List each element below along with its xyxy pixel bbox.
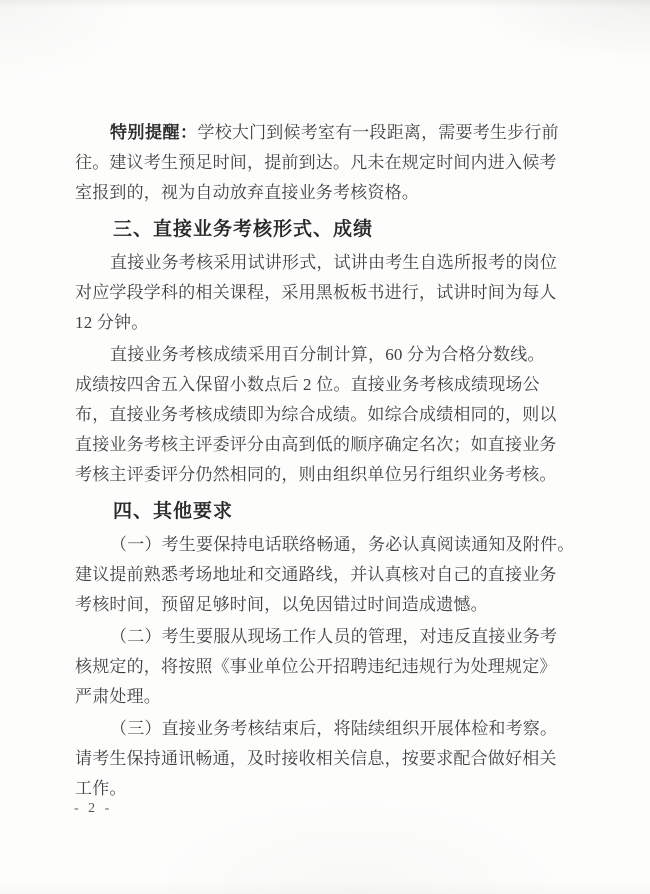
- text-line: 直接业务考核主评委评分由高到低的顺序确定名次；如直接业务: [75, 430, 553, 460]
- text-line: 请考生保持通讯畅通，及时接收相关信息，按要求配合做好相关: [75, 744, 553, 774]
- text-line: 直接业务考核采用试讲形式，试讲由考生自选所报考的岗位: [75, 248, 553, 278]
- text-line: 考核主评委评分仍然相同的，则由组织单位另行组织业务考核。: [75, 460, 553, 490]
- text-line: 成绩按四舍五入保留小数点后 2 位。直接业务考核成绩现场公: [75, 370, 553, 400]
- text-line: 室报到的，视为自动放弃直接业务考核资格。: [75, 178, 553, 208]
- score-rules-paragraph: 直接业务考核成绩采用百分制计算，60 分为合格分数线。 成绩按四舍五入保留小数点…: [75, 340, 553, 490]
- text-line: （三）直接业务考核结束后，将陆续组织开展体检和考察。: [75, 714, 553, 744]
- text-line: 考核时间，预留足够时间，以免因错过时间造成遗憾。: [75, 590, 553, 620]
- section-3-heading: 三、直接业务考核形式、成绩: [75, 215, 553, 245]
- text-line: 工作。: [75, 774, 553, 804]
- text-line: 对应学段学科的相关课程，采用黑板板书进行，试讲时间为每人: [75, 278, 553, 308]
- text-segment: 学校大门到候考室有一段距离，需要考生步行前: [198, 123, 559, 142]
- other-requirements-item-1: （一）考生要保持电话联络畅通，务必认真阅读通知及附件。 建议提前熟悉考场地址和交…: [75, 530, 553, 620]
- special-notice-paragraph: 特别提醒：学校大门到候考室有一段距离，需要考生步行前 往。建议考生预足时间，提前…: [75, 118, 553, 208]
- section-4-heading: 四、其他要求: [75, 497, 553, 527]
- text-line: 核规定的，将按照《事业单位公开招聘违纪违规行为处理规定》: [75, 652, 553, 682]
- text-line: 布，直接业务考核成绩即为综合成绩。如综合成绩相同的，则以: [75, 400, 553, 430]
- page-number: - 2 -: [74, 800, 112, 818]
- text-line: （二）考生要服从现场工作人员的管理，对违反直接业务考: [75, 622, 553, 652]
- special-notice-label: 特别提醒：: [110, 123, 198, 142]
- text-line: 建议提前熟悉考场地址和交通路线，并认真核对自己的直接业务: [75, 560, 553, 590]
- text-line: 直接业务考核成绩采用百分制计算，60 分为合格分数线。: [75, 340, 553, 370]
- other-requirements-item-3: （三）直接业务考核结束后，将陆续组织开展体检和考察。 请考生保持通讯畅通，及时接…: [75, 714, 553, 804]
- document-body: 特别提醒：学校大门到候考室有一段距离，需要考生步行前 往。建议考生预足时间，提前…: [75, 118, 553, 806]
- scanned-document-page: 特别提醒：学校大门到候考室有一段距离，需要考生步行前 往。建议考生预足时间，提前…: [0, 0, 650, 894]
- text-line: 特别提醒：学校大门到候考室有一段距离，需要考生步行前: [75, 118, 553, 148]
- assessment-format-paragraph: 直接业务考核采用试讲形式，试讲由考生自选所报考的岗位 对应学段学科的相关课程，采…: [75, 248, 553, 338]
- text-line: 严肃处理。: [75, 682, 553, 712]
- text-line: （一）考生要保持电话联络畅通，务必认真阅读通知及附件。: [75, 530, 553, 560]
- other-requirements-item-2: （二）考生要服从现场工作人员的管理，对违反直接业务考 核规定的，将按照《事业单位…: [75, 622, 553, 712]
- text-line: 往。建议考生预足时间，提前到达。凡未在规定时间内进入候考: [75, 148, 553, 178]
- text-line: 12 分钟。: [75, 308, 553, 338]
